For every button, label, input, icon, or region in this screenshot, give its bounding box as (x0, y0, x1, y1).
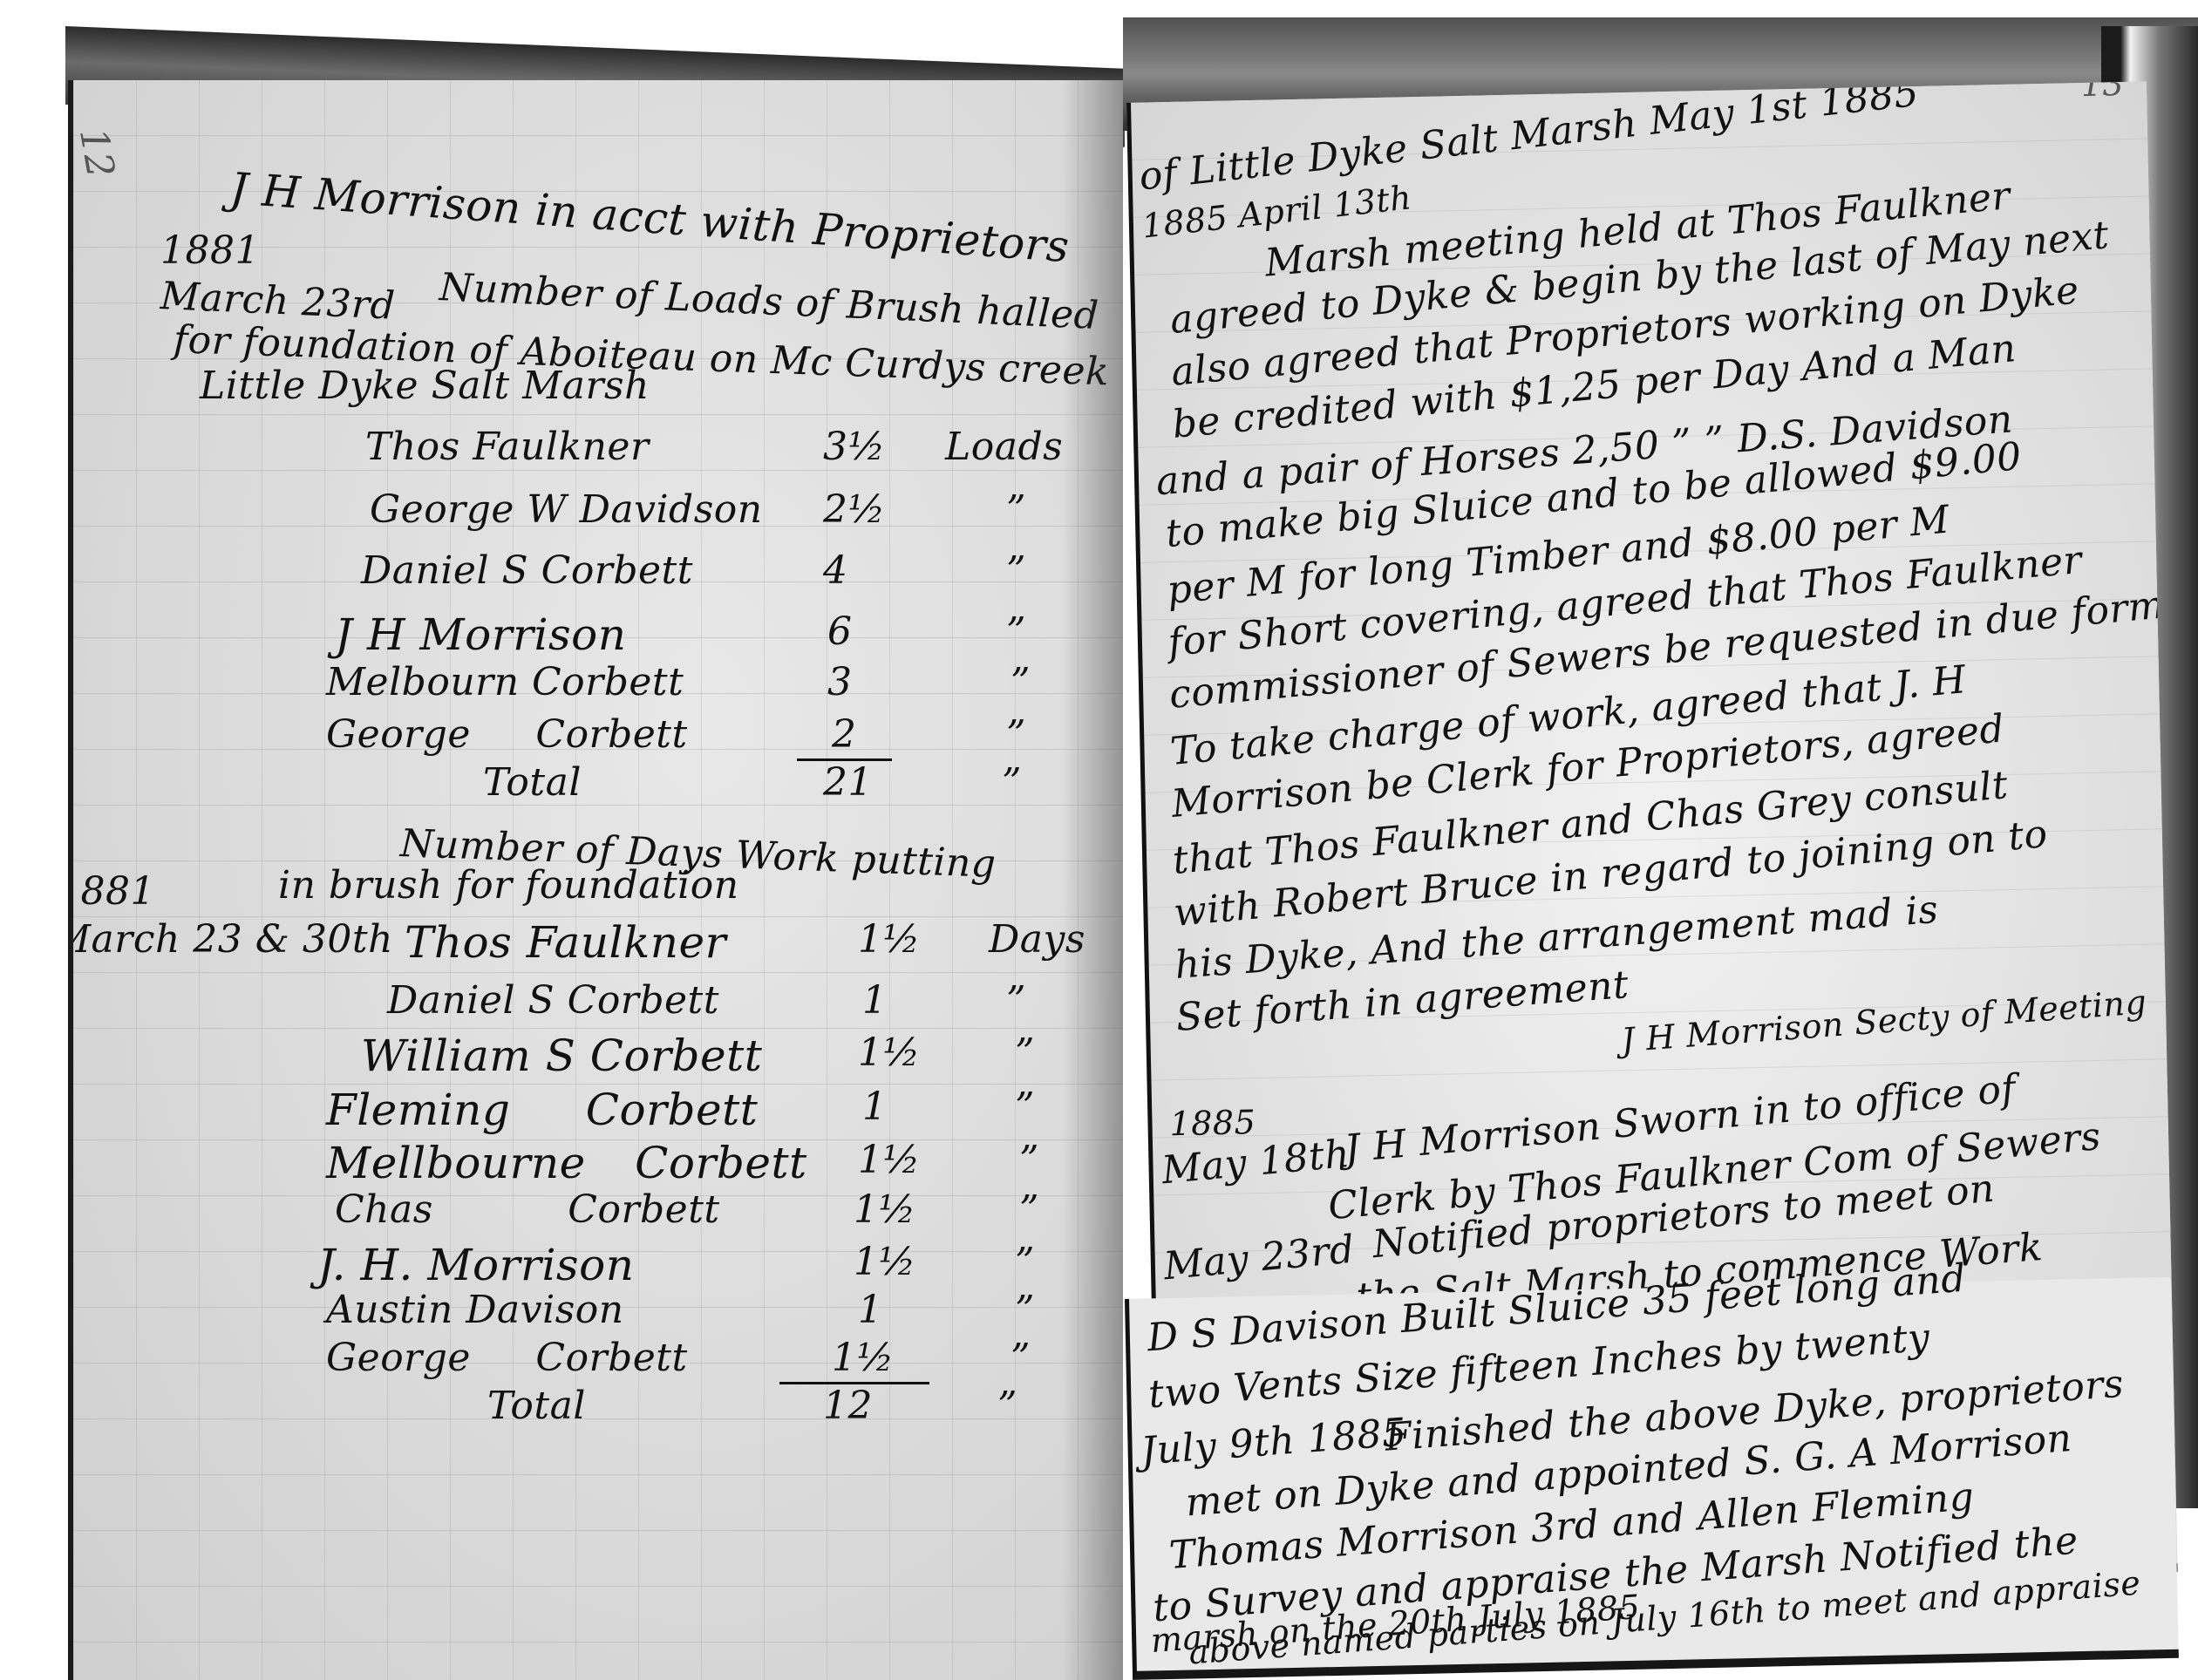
table-total-row: Total 21 ” (73, 760, 1123, 813)
unit: Loads (945, 425, 1063, 469)
entry-description: Number of Loads of Brush halled (439, 265, 1100, 338)
worker-name: J. H. Morrison (317, 1240, 634, 1290)
total-value: 21 (823, 760, 873, 805)
table-row: George Corbett 1½ ” (73, 1336, 1123, 1388)
worker-name: Daniel S Corbett (361, 548, 693, 593)
log-date: July 9th 1885 (1140, 1410, 1408, 1473)
table-row: J. H. Morrison 1½ ” (73, 1240, 1123, 1292)
page-number: 12 (71, 125, 123, 181)
table-row: Melbourn Corbett 3 ” (73, 660, 1123, 712)
ledger-page-left: 12 J H Morrison in acct with Proprietors… (68, 80, 1123, 1680)
total-label: Total (487, 1384, 586, 1428)
unit: Days (989, 917, 1085, 962)
quantity: 1 (858, 1288, 883, 1332)
table-row: Fleming Corbett 1 ” (73, 1085, 1123, 1137)
unit: ” (1006, 487, 1026, 532)
worker-name: Austin Davison (326, 1288, 624, 1332)
table-row: Mellbourne Corbett 1½ ” (73, 1138, 1123, 1190)
unit: ” (1011, 1336, 1031, 1380)
quantity: 3 (827, 660, 853, 704)
quantity: 1 (862, 1085, 888, 1129)
worker-name: Daniel S Corbett (387, 978, 719, 1023)
worker-name: George W Davidson (370, 487, 763, 532)
unit: ” (1019, 1187, 1039, 1232)
unit: ” (1015, 1085, 1035, 1129)
worker-name: Thos Faulkner (405, 917, 726, 968)
total-label: Total (483, 760, 582, 805)
signature: J H Morrison Secty of Meeting (1620, 983, 2148, 1059)
table-row: Austin Davison 1 ” (73, 1288, 1123, 1340)
quantity: 1½ (854, 1240, 916, 1284)
log-year: 1885 (1169, 1103, 1256, 1143)
worker-name: George Corbett (326, 712, 688, 757)
unit: ” (1015, 1030, 1035, 1075)
unit: ” (1015, 1288, 1035, 1332)
quantity: 4 (823, 548, 848, 593)
table-row: Thos Faulkner 3½ Loads (73, 425, 1123, 477)
worker-name: Fleming Corbett (326, 1085, 758, 1135)
entry-year: 1881 (68, 869, 155, 914)
table-row: George Corbett 2 ” (73, 712, 1123, 765)
page-number: 13 (2080, 81, 2124, 104)
log-date: May 23rd (1162, 1228, 1357, 1289)
unit: ” (1002, 760, 1022, 805)
entry-location: Little Dyke Salt Marsh (200, 364, 650, 408)
worker-name: William S Corbett (361, 1030, 762, 1081)
unit: ” (1019, 1138, 1039, 1182)
quantity: 1½ (858, 1030, 921, 1075)
unit: ” (1006, 609, 1026, 654)
table-row: J H Morrison 6 ” (73, 609, 1123, 662)
unit: ” (1006, 712, 1026, 757)
quantity: 1½ (858, 1138, 921, 1182)
worker-name: Thos Faulkner (365, 425, 650, 469)
table-row: Chas Corbett 1½ ” (73, 1187, 1123, 1240)
table-row: Daniel S Corbett 1 ” (73, 978, 1123, 1030)
quantity: 2 (797, 712, 892, 761)
table-row: Thos Faulkner 1½ Days (73, 917, 1123, 969)
entry-year: 1881 (160, 228, 260, 273)
unit: ” (1015, 1240, 1035, 1284)
table-row: George W Davidson 2½ ” (73, 487, 1123, 540)
worker-name: Melbourn Corbett (326, 660, 684, 704)
quantity: 1½ (854, 1187, 916, 1232)
worker-name: George Corbett (326, 1336, 688, 1380)
total-value: 12 (823, 1384, 873, 1428)
quantity: 2½ (823, 487, 886, 532)
unit: ” (997, 1384, 1017, 1428)
unit: ” (1006, 978, 1026, 1023)
unit: ” (1011, 660, 1031, 704)
table-row: Daniel S Corbett 4 ” (73, 548, 1123, 601)
quantity: 1½ (858, 917, 921, 962)
quantity: 1 (862, 978, 888, 1023)
unit: ” (1006, 548, 1026, 593)
worker-name: Chas Corbett (335, 1187, 720, 1232)
table-total-row: Total 12 ” (73, 1384, 1123, 1436)
table-row: William S Corbett 1½ ” (73, 1030, 1123, 1083)
worker-name: Mellbourne Corbett (326, 1138, 807, 1188)
entry-description: in brush for foundation (278, 863, 739, 908)
page-heading: J H Morrison in acct with Proprietors (228, 163, 1071, 272)
worker-name: J H Morrison (335, 609, 627, 660)
quantity: 1½ (779, 1336, 929, 1384)
quantity: 6 (827, 609, 853, 654)
quantity: 3½ (823, 425, 886, 469)
